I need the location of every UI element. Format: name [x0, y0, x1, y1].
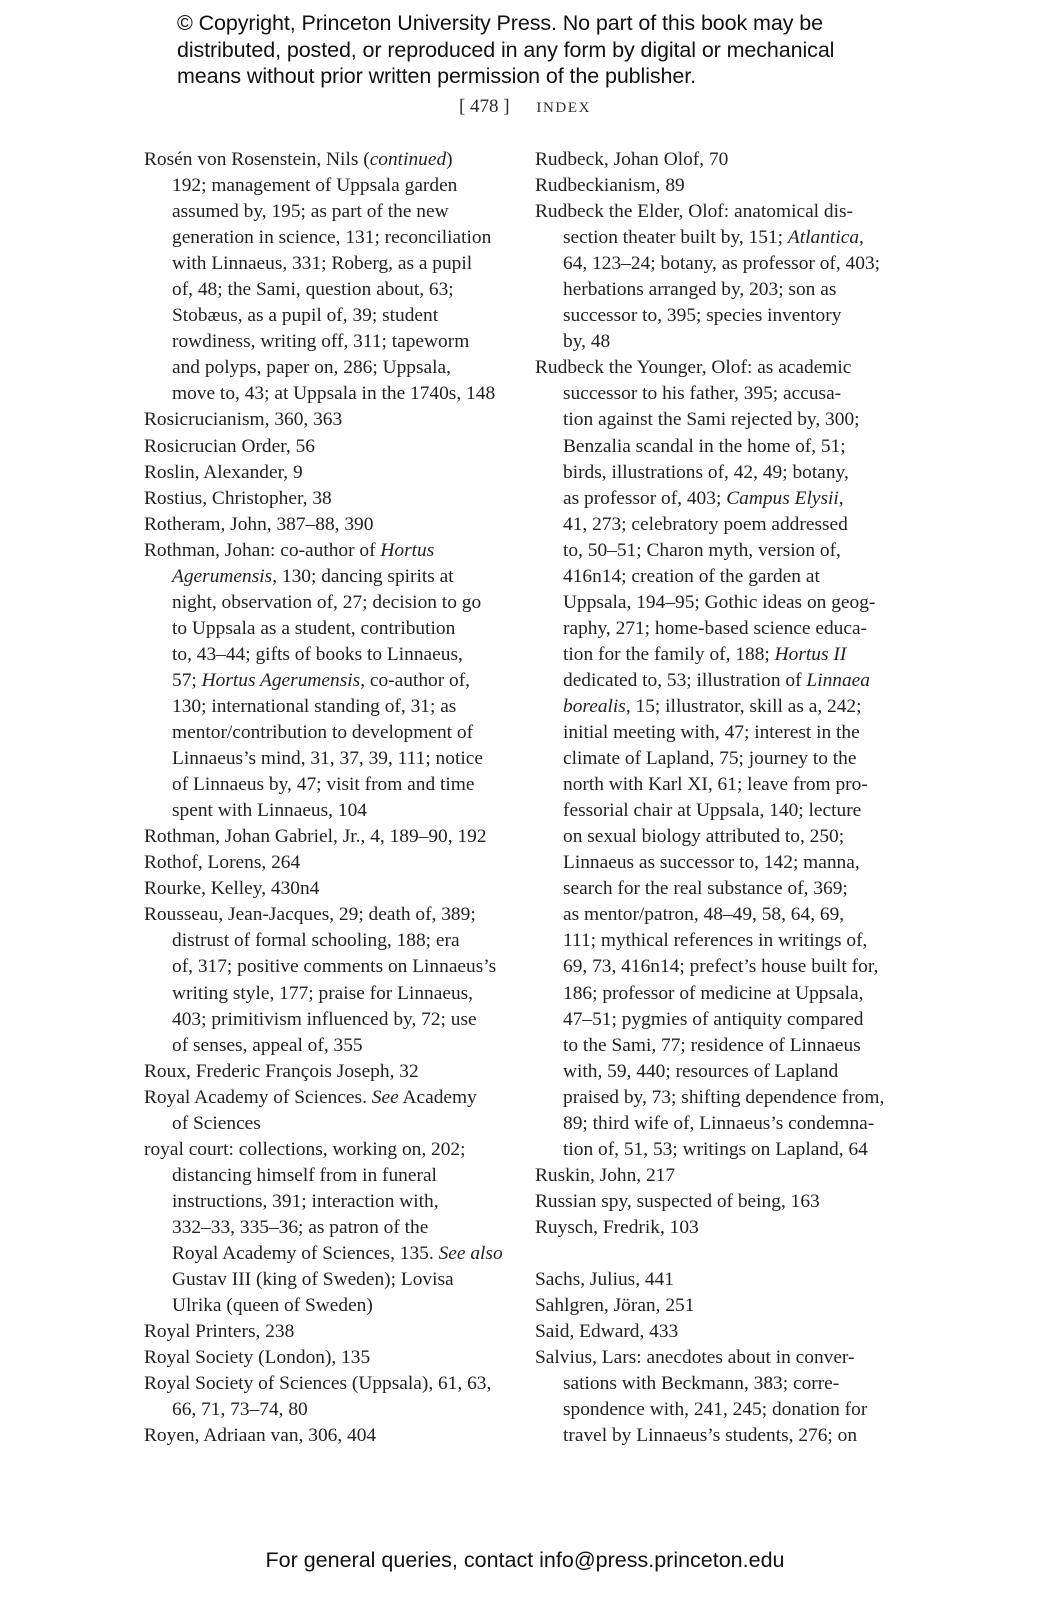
index-entry-continuation-line: rowdiness, writing off, 311; tapeworm — [144, 329, 504, 355]
entry-text: mentor/contribution to development of — [172, 722, 473, 743]
index-entry-heading-line: Royal Printers, 238 — [144, 1319, 504, 1345]
entry-text: Rotheram, John, 387–88, 390 — [144, 514, 373, 535]
index-entry-heading-line: Royal Academy of Sciences. See Academy — [144, 1085, 504, 1111]
entry-text: to the Sami, 77; residence of Linnaeus — [563, 1035, 861, 1056]
index-entry-continuation-line: of Sciences — [144, 1111, 504, 1137]
index-entry-heading-line: Rothman, Johan Gabriel, Jr., 4, 189–90, … — [144, 824, 504, 850]
index-entry-continuation-line: mentor/contribution to development of — [144, 720, 504, 746]
entry-text: , 15; illustrator, skill as a, 242; — [626, 696, 862, 717]
index-entry-heading-line: Sachs, Julius, 441 — [535, 1267, 900, 1293]
index-entry-continuation-line: to Uppsala as a student, contribution — [144, 616, 504, 642]
index-entry-continuation-line: Agerumensis, 130; dancing spirits at — [144, 564, 504, 590]
entry-text: royal court: collections, working on, 20… — [144, 1139, 466, 1160]
index-entry-heading-line: Rosén von Rosenstein, Nils (continued) — [144, 147, 504, 173]
index-entry-continuation-line: on sexual biology attributed to, 250; — [535, 824, 900, 850]
index-entry-heading-line: Rudbeck, Johan Olof, 70 — [535, 147, 900, 173]
entry-text: Russian spy, suspected of being, 163 — [535, 1191, 820, 1212]
italic-text: Hortus — [380, 540, 434, 561]
index-entry-heading-line: Roslin, Alexander, 9 — [144, 460, 504, 486]
index-entry-continuation-line: Linnaeus’s mind, 31, 37, 39, 111; notice — [144, 746, 504, 772]
entry-text: 416n14; creation of the garden at — [563, 566, 820, 587]
copyright-line: © Copyright, Princeton University Press.… — [177, 10, 897, 37]
index-entry-heading-line: Said, Edward, 433 — [535, 1319, 900, 1345]
entry-text: Linnaeus as successor to, 142; manna, — [563, 852, 860, 873]
entry-text: Ulrika (queen of Sweden) — [172, 1295, 373, 1316]
index-entry: Roslin, Alexander, 9 — [144, 460, 504, 486]
entry-text: Gustav III (king of Sweden); Lovisa — [172, 1269, 454, 1290]
index-entry: royal court: collections, working on, 20… — [144, 1137, 504, 1319]
entry-text: 130; international standing of, 31; as — [172, 696, 456, 717]
index-entry-continuation-line: writing style, 177; praise for Linnaeus, — [144, 981, 504, 1007]
index-entry-continuation-line: 192; management of Uppsala garden — [144, 173, 504, 199]
index-entry: Rourke, Kelley, 430n4 — [144, 876, 504, 902]
index-entry-continuation-line: move to, 43; at Uppsala in the 1740s, 14… — [144, 381, 504, 407]
entry-text: , — [859, 227, 864, 248]
italic-text: See also — [439, 1243, 503, 1264]
index-entry-heading-line: Russian spy, suspected of being, 163 — [535, 1189, 900, 1215]
index-entry-continuation-line: Royal Academy of Sciences, 135. See also — [144, 1241, 504, 1267]
index-entry-continuation-line: of Linnaeus by, 47; visit from and time — [144, 772, 504, 798]
index-entry-continuation-line: as professor of, 403; Campus Elysii, — [535, 486, 900, 512]
index-column-left: Rosén von Rosenstein, Nils (continued)19… — [144, 147, 504, 1449]
entry-text: Rothman, Johan: co-author of — [144, 540, 380, 561]
index-entry-continuation-line: as mentor/patron, 48–49, 58, 64, 69, — [535, 902, 900, 928]
index-entry-continuation-line: herbations arranged by, 203; son as — [535, 277, 900, 303]
index-entry: Ruysch, Fredrik, 103 — [535, 1215, 900, 1241]
entry-text: raphy, 271; home-based science educa- — [563, 618, 867, 639]
entry-text: , co-author of, — [360, 670, 470, 691]
entry-text: Roux, Frederic François Joseph, 32 — [144, 1061, 419, 1082]
entry-text: 47–51; pygmies of antiquity compared — [563, 1009, 864, 1030]
running-head: [ 478 ] INDEX — [0, 96, 1050, 118]
index-entry: Rudbeck, Johan Olof, 70 — [535, 147, 900, 173]
entry-text: Royal Academy of Sciences, 135. — [172, 1243, 439, 1264]
index-entry-heading-line: Roux, Frederic François Joseph, 32 — [144, 1059, 504, 1085]
index-entry-heading-line: Ruysch, Fredrik, 103 — [535, 1215, 900, 1241]
italic-text: Agerumensis — [172, 566, 272, 587]
entry-text: herbations arranged by, 203; son as — [563, 279, 836, 300]
index-entry-heading-line: Rudbeck the Younger, Olof: as academic — [535, 355, 900, 381]
index-entry: Rothman, Johan Gabriel, Jr., 4, 189–90, … — [144, 824, 504, 850]
index-entry-continuation-line: 57; Hortus Agerumensis, co-author of, — [144, 668, 504, 694]
index-entry-continuation-line: to, 43–44; gifts of books to Linnaeus, — [144, 642, 504, 668]
entry-text: tion of, 51, 53; writings on Lapland, 64 — [563, 1139, 868, 1160]
index-entry-heading-line: Rourke, Kelley, 430n4 — [144, 876, 504, 902]
entry-text: Rudbeckianism, 89 — [535, 175, 685, 196]
entry-text: tion for the family of, 188; — [563, 644, 775, 665]
index-entry-continuation-line: 111; mythical references in writings of, — [535, 928, 900, 954]
entry-text: Rothof, Lorens, 264 — [144, 852, 300, 873]
index-entry-continuation-line: search for the real substance of, 369; — [535, 876, 900, 902]
index-entry-continuation-line: initial meeting with, 47; interest in th… — [535, 720, 900, 746]
index-entry-heading-line: Rothof, Lorens, 264 — [144, 850, 504, 876]
entry-text: Linnaeus’s mind, 31, 37, 39, 111; notice — [172, 748, 483, 769]
entry-text: 89; third wife of, Linnaeus’s condemna- — [563, 1113, 874, 1134]
index-entry: Rudbeck the Elder, Olof: anatomical dis-… — [535, 199, 900, 355]
page-number: [ 478 ] — [459, 96, 510, 117]
index-entry: Royal Society of Sciences (Uppsala), 61,… — [144, 1371, 504, 1423]
index-entry-heading-line: royal court: collections, working on, 20… — [144, 1137, 504, 1163]
entry-text: praised by, 73; shifting dependence from… — [563, 1087, 884, 1108]
index-entry-continuation-line: 64, 123–24; botany, as professor of, 403… — [535, 251, 900, 277]
entry-text: successor to, 395; species inventory — [563, 305, 841, 326]
index-entry-continuation-line: north with Karl XI, 61; leave from pro- — [535, 772, 900, 798]
entry-text: Stobæus, as a pupil of, 39; student — [172, 305, 438, 326]
entry-text: of Linnaeus by, 47; visit from and time — [172, 774, 474, 795]
index-entry-continuation-line: travel by Linnaeus’s students, 276; on — [535, 1423, 900, 1449]
entry-text: , — [839, 488, 844, 509]
entry-text: 66, 71, 73–74, 80 — [172, 1399, 308, 1420]
index-entry-continuation-line: distrust of formal schooling, 188; era — [144, 928, 504, 954]
italic-text: borealis — [563, 696, 626, 717]
italic-text: Hortus Agerumensis — [202, 670, 361, 691]
index-entry-continuation-line: with Linnaeus, 331; Roberg, as a pupil — [144, 251, 504, 277]
entry-text: of Sciences — [172, 1113, 261, 1134]
entry-text: Sachs, Julius, 441 — [535, 1269, 674, 1290]
index-entry-continuation-line: climate of Lapland, 75; journey to the — [535, 746, 900, 772]
entry-text: rowdiness, writing off, 311; tapeworm — [172, 331, 469, 352]
index-entry-continuation-line: generation in science, 131; reconciliati… — [144, 225, 504, 251]
index-entry-continuation-line: 47–51; pygmies of antiquity compared — [535, 1007, 900, 1033]
entry-text: Salvius, Lars: anecdotes about in conver… — [535, 1347, 854, 1368]
index-entry-continuation-line: raphy, 271; home-based science educa- — [535, 616, 900, 642]
entry-text: birds, illustrations of, 42, 49; botany, — [563, 462, 849, 483]
entry-text: Rourke, Kelley, 430n4 — [144, 878, 319, 899]
entry-text: Rosicrucian Order, 56 — [144, 436, 315, 457]
index-entry-continuation-line: section theater built by, 151; Atlantica… — [535, 225, 900, 251]
entry-text: spent with Linnaeus, 104 — [172, 800, 367, 821]
italic-text: Hortus II — [775, 644, 847, 665]
index-entry-heading-line: Royal Society of Sciences (Uppsala), 61,… — [144, 1371, 504, 1397]
entry-text: 332–33, 335–36; as patron of the — [172, 1217, 428, 1238]
index-entry-continuation-line: birds, illustrations of, 42, 49; botany, — [535, 460, 900, 486]
entry-text: 57; — [172, 670, 202, 691]
copyright-line: distributed, posted, or reproduced in an… — [177, 37, 897, 64]
index-entry: Rosicrucianism, 360, 363 — [144, 407, 504, 433]
index-entry-continuation-line: 130; international standing of, 31; as — [144, 694, 504, 720]
index-entry-continuation-line: dedicated to, 53; illustration of Linnae… — [535, 668, 900, 694]
entry-text: 403; primitivism influenced by, 72; use — [172, 1009, 477, 1030]
index-entry-continuation-line: 41, 273; celebratory poem addressed — [535, 512, 900, 538]
index-entry-continuation-line: Uppsala, 194–95; Gothic ideas on geog- — [535, 590, 900, 616]
entry-text: tion against the Sami rejected by, 300; — [563, 409, 860, 430]
index-entry-heading-line: Rothman, Johan: co-author of Hortus — [144, 538, 504, 564]
entry-text: travel by Linnaeus’s students, 276; on — [563, 1425, 857, 1446]
index-entry: Sahlgren, Jöran, 251 — [535, 1293, 900, 1319]
copyright-notice: © Copyright, Princeton University Press.… — [177, 10, 897, 90]
index-entry-continuation-line: tion for the family of, 188; Hortus II — [535, 642, 900, 668]
index-entry: Royal Academy of Sciences. See Academyof… — [144, 1085, 504, 1137]
index-entry-continuation-line: 89; third wife of, Linnaeus’s condemna- — [535, 1111, 900, 1137]
italic-text: See — [372, 1087, 399, 1108]
italic-text: continued — [370, 149, 446, 170]
index-entry-continuation-line: 186; professor of medicine at Uppsala, — [535, 981, 900, 1007]
index-entry-continuation-line: Stobæus, as a pupil of, 39; student — [144, 303, 504, 329]
entry-text: 192; management of Uppsala garden — [172, 175, 457, 196]
section-title: INDEX — [536, 100, 591, 116]
index-entry: Rousseau, Jean-Jacques, 29; death of, 38… — [144, 902, 504, 1058]
contact-footer: For general queries, contact info@press.… — [0, 1548, 1050, 1573]
entry-text: fessorial chair at Uppsala, 140; lecture — [563, 800, 861, 821]
index-entry: Salvius, Lars: anecdotes about in conver… — [535, 1345, 900, 1449]
index-entry-continuation-line: to, 50–51; Charon myth, version of, — [535, 538, 900, 564]
index-entry: Rudbeck the Younger, Olof: as academicsu… — [535, 355, 900, 1162]
entry-text: Sahlgren, Jöran, 251 — [535, 1295, 694, 1316]
entry-text: distancing himself from in funeral — [172, 1165, 437, 1186]
index-entry-continuation-line: 66, 71, 73–74, 80 — [144, 1397, 504, 1423]
entry-text: Royal Printers, 238 — [144, 1321, 294, 1342]
entry-text: Rostius, Christopher, 38 — [144, 488, 332, 509]
index-entry-continuation-line: successor to, 395; species inventory — [535, 303, 900, 329]
entry-text: distrust of formal schooling, 188; era — [172, 930, 460, 951]
italic-text: Atlantica — [788, 227, 859, 248]
index-entry-continuation-line: 403; primitivism influenced by, 72; use — [144, 1007, 504, 1033]
index-entry-continuation-line: fessorial chair at Uppsala, 140; lecture — [535, 798, 900, 824]
entry-text: successor to his father, 395; accusa- — [563, 383, 841, 404]
index-entry: Sachs, Julius, 441 — [535, 1267, 900, 1293]
index-entry-continuation-line: of senses, appeal of, 355 — [144, 1033, 504, 1059]
index-entry-continuation-line: of, 317; positive comments on Linnaeus’s — [144, 954, 504, 980]
entry-text: with Linnaeus, 331; Roberg, as a pupil — [172, 253, 472, 274]
index-entry-heading-line: Rosicrucianism, 360, 363 — [144, 407, 504, 433]
entry-text: Roslin, Alexander, 9 — [144, 462, 303, 483]
entry-text: section theater built by, 151; — [563, 227, 788, 248]
index-entry-continuation-line: 416n14; creation of the garden at — [535, 564, 900, 590]
index-entry-continuation-line: to the Sami, 77; residence of Linnaeus — [535, 1033, 900, 1059]
index-entry-heading-line: Salvius, Lars: anecdotes about in conver… — [535, 1345, 900, 1371]
index-entry: Royal Society (London), 135 — [144, 1345, 504, 1371]
entry-text: assumed by, 195; as part of the new — [172, 201, 449, 222]
index-entry-heading-line: Rousseau, Jean-Jacques, 29; death of, 38… — [144, 902, 504, 928]
index-entry-continuation-line: Gustav III (king of Sweden); Lovisa — [144, 1267, 504, 1293]
entry-text: of, 48; the Sami, question about, 63; — [172, 279, 454, 300]
index-entry: Ruskin, John, 217 — [535, 1163, 900, 1189]
index-entry-heading-line: Royal Society (London), 135 — [144, 1345, 504, 1371]
entry-text: with, 59, 440; resources of Lapland — [563, 1061, 838, 1082]
index-entry-continuation-line: distancing himself from in funeral — [144, 1163, 504, 1189]
entry-text: Ruysch, Fredrik, 103 — [535, 1217, 699, 1238]
index-entry-continuation-line: 332–33, 335–36; as patron of the — [144, 1215, 504, 1241]
entry-text: as professor of, 403; — [563, 488, 726, 509]
entry-text: 186; professor of medicine at Uppsala, — [563, 983, 863, 1004]
index-entry: Royen, Adriaan van, 306, 404 — [144, 1423, 504, 1449]
entry-text: climate of Lapland, 75; journey to the — [563, 748, 856, 769]
index-entry-heading-line: Rudbeckianism, 89 — [535, 173, 900, 199]
index-entry-heading-line: Rotheram, John, 387–88, 390 — [144, 512, 504, 538]
entry-text: Royal Academy of Sciences. — [144, 1087, 372, 1108]
entry-text: Rosén von Rosenstein, Nils ( — [144, 149, 370, 170]
index-entry: Rotheram, John, 387–88, 390 — [144, 512, 504, 538]
letter-section-gap — [535, 1241, 900, 1267]
index-entry-continuation-line: night, observation of, 27; decision to g… — [144, 590, 504, 616]
italic-text: Linnaea — [806, 670, 870, 691]
index-entry-continuation-line: tion against the Sami rejected by, 300; — [535, 407, 900, 433]
entry-text: on sexual biology attributed to, 250; — [563, 826, 844, 847]
entry-text: Royal Society of Sciences (Uppsala), 61,… — [144, 1373, 491, 1394]
entry-text: Royen, Adriaan van, 306, 404 — [144, 1425, 376, 1446]
index-entry-continuation-line: by, 48 — [535, 329, 900, 355]
entry-text: Academy — [399, 1087, 477, 1108]
index-entry-continuation-line: borealis, 15; illustrator, skill as a, 2… — [535, 694, 900, 720]
index-entry-continuation-line: 69, 73, 416n14; prefect’s house built fo… — [535, 954, 900, 980]
index-entry: Said, Edward, 433 — [535, 1319, 900, 1345]
index-entry: Rothman, Johan: co-author of HortusAgeru… — [144, 538, 504, 825]
entry-text: night, observation of, 27; decision to g… — [172, 592, 481, 613]
entry-text: Uppsala, 194–95; Gothic ideas on geog- — [563, 592, 875, 613]
index-entry-continuation-line: successor to his father, 395; accusa- — [535, 381, 900, 407]
index-entry-continuation-line: and polyps, paper on, 286; Uppsala, — [144, 355, 504, 381]
index-entry: Rosicrucian Order, 56 — [144, 434, 504, 460]
entry-text: north with Karl XI, 61; leave from pro- — [563, 774, 868, 795]
entry-text: Ruskin, John, 217 — [535, 1165, 675, 1186]
index-entry-continuation-line: tion of, 51, 53; writings on Lapland, 64 — [535, 1137, 900, 1163]
entry-text: Rothman, Johan Gabriel, Jr., 4, 189–90, … — [144, 826, 487, 847]
index-entry-continuation-line: with, 59, 440; resources of Lapland — [535, 1059, 900, 1085]
index-entry: Rosén von Rosenstein, Nils (continued)19… — [144, 147, 504, 407]
index-entry-heading-line: Ruskin, John, 217 — [535, 1163, 900, 1189]
index-entry-heading-line: Rostius, Christopher, 38 — [144, 486, 504, 512]
entry-text: Rudbeck the Younger, Olof: as academic — [535, 357, 851, 378]
entry-text: to Uppsala as a student, contribution — [172, 618, 455, 639]
entry-text: and polyps, paper on, 286; Uppsala, — [172, 357, 451, 378]
index-entry-heading-line: Royen, Adriaan van, 306, 404 — [144, 1423, 504, 1449]
entry-text: Rudbeck, Johan Olof, 70 — [535, 149, 728, 170]
entry-text: 111; mythical references in writings of, — [563, 930, 867, 951]
entry-text: generation in science, 131; reconciliati… — [172, 227, 491, 248]
entry-text: as mentor/patron, 48–49, 58, 64, 69, — [563, 904, 844, 925]
index-entry-continuation-line: praised by, 73; shifting dependence from… — [535, 1085, 900, 1111]
index-entry-continuation-line: spent with Linnaeus, 104 — [144, 798, 504, 824]
entry-text: Said, Edward, 433 — [535, 1321, 678, 1342]
entry-text: to, 50–51; Charon myth, version of, — [563, 540, 841, 561]
entry-text: 64, 123–24; botany, as professor of, 403… — [563, 253, 880, 274]
entry-text: 69, 73, 416n14; prefect’s house built fo… — [563, 956, 878, 977]
entry-text: writing style, 177; praise for Linnaeus, — [172, 983, 473, 1004]
index-entry-heading-line: Rudbeck the Elder, Olof: anatomical dis- — [535, 199, 900, 225]
entry-text: Rosicrucianism, 360, 363 — [144, 409, 342, 430]
entry-text: 41, 273; celebratory poem addressed — [563, 514, 848, 535]
index-entry-continuation-line: sations with Beckmann, 383; corre- — [535, 1371, 900, 1397]
entry-text: dedicated to, 53; illustration of — [563, 670, 806, 691]
index-entry-continuation-line: Ulrika (queen of Sweden) — [144, 1293, 504, 1319]
entry-text: ) — [446, 149, 452, 170]
index-entry-continuation-line: instructions, 391; interaction with, — [144, 1189, 504, 1215]
copyright-line: means without prior written permission o… — [177, 63, 897, 90]
entry-text: , 130; dancing spirits at — [272, 566, 454, 587]
index-entry: Rudbeckianism, 89 — [535, 173, 900, 199]
index-entry-heading-line: Sahlgren, Jöran, 251 — [535, 1293, 900, 1319]
index-entry-continuation-line: of, 48; the Sami, question about, 63; — [144, 277, 504, 303]
italic-text: Campus Elysii — [726, 488, 839, 509]
entry-text: Benzalia scandal in the home of, 51; — [563, 436, 846, 457]
entry-text: of, 317; positive comments on Linnaeus’s — [172, 956, 496, 977]
index-entry: Roux, Frederic François Joseph, 32 — [144, 1059, 504, 1085]
index-entry: Rostius, Christopher, 38 — [144, 486, 504, 512]
index-column-right: Rudbeck, Johan Olof, 70Rudbeckianism, 89… — [535, 147, 900, 1449]
entry-text: Rousseau, Jean-Jacques, 29; death of, 38… — [144, 904, 476, 925]
entry-text: by, 48 — [563, 331, 610, 352]
entry-text: to, 43–44; gifts of books to Linnaeus, — [172, 644, 463, 665]
index-entry-continuation-line: Linnaeus as successor to, 142; manna, — [535, 850, 900, 876]
index-entry: Rothof, Lorens, 264 — [144, 850, 504, 876]
index-entry-continuation-line: assumed by, 195; as part of the new — [144, 199, 504, 225]
entry-text: search for the real substance of, 369; — [563, 878, 848, 899]
entry-text: Rudbeck the Elder, Olof: anatomical dis- — [535, 201, 853, 222]
entry-text: Royal Society (London), 135 — [144, 1347, 370, 1368]
entry-text: spondence with, 241, 245; donation for — [563, 1399, 867, 1420]
index-entry-continuation-line: spondence with, 241, 245; donation for — [535, 1397, 900, 1423]
entry-text: move to, 43; at Uppsala in the 1740s, 14… — [172, 383, 495, 404]
index-entry: Royal Printers, 238 — [144, 1319, 504, 1345]
entry-text: of senses, appeal of, 355 — [172, 1035, 363, 1056]
entry-text: instructions, 391; interaction with, — [172, 1191, 439, 1212]
entry-text: sations with Beckmann, 383; corre- — [563, 1373, 839, 1394]
index-entry: Russian spy, suspected of being, 163 — [535, 1189, 900, 1215]
entry-text: initial meeting with, 47; interest in th… — [563, 722, 860, 743]
index-entry-heading-line: Rosicrucian Order, 56 — [144, 434, 504, 460]
index-entry-continuation-line: Benzalia scandal in the home of, 51; — [535, 434, 900, 460]
